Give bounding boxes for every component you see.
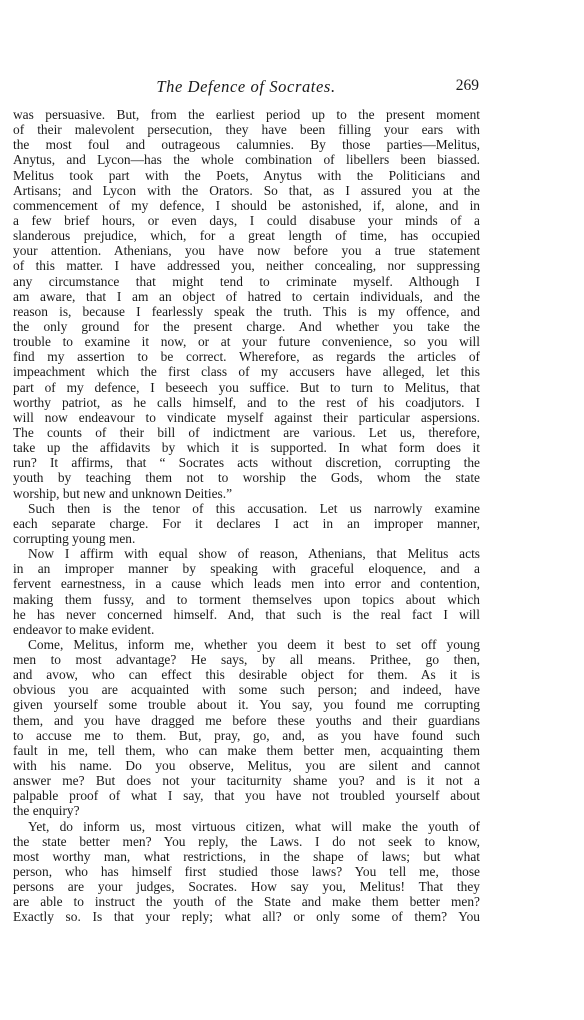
text-line: answer me? But does not your taciturnity…	[13, 773, 480, 788]
text-line: will now endeavour to vindicate myself a…	[13, 410, 480, 425]
text-line: of their malevolent persecution, they ha…	[13, 122, 480, 137]
text-line: Come, Melitus, inform me, whether you de…	[13, 637, 480, 652]
text-line: obvious you are acquainted with some suc…	[13, 682, 480, 697]
text-line: The counts of their bill of indictment a…	[13, 425, 480, 440]
text-line: fault in me, tell them, who can make the…	[13, 743, 480, 758]
text-line: reason is, because I fearlessly speak th…	[13, 304, 480, 319]
text-line: trouble to examine it now, or at your fu…	[13, 334, 480, 349]
text-line: the only ground for the present charge. …	[13, 319, 480, 334]
text-line: Artisans; and Lycon with the Orators. So…	[13, 183, 480, 198]
text-line: the most foul and outrageous calumnies. …	[13, 137, 480, 152]
text-line: impeachment which the first class of my …	[13, 364, 480, 379]
text-line: a few brief hours, or even days, I could…	[13, 213, 480, 228]
text-line: are able to instruct the youth of the St…	[13, 894, 480, 909]
text-line: was persuasive. But, from the earliest p…	[13, 107, 480, 122]
text-line: the state better men? You reply, the Law…	[13, 834, 480, 849]
text-line: men to most advantage? He says, by all m…	[13, 652, 480, 667]
book-page: The Defence of Socrates. 269 was persuas…	[0, 0, 584, 1020]
text-line: with his name. Do you observe, Melitus, …	[13, 758, 480, 773]
text-line: given yourself some trouble about it. Yo…	[13, 697, 480, 712]
text-line: worship, but new and unknown Deities.”	[13, 486, 480, 501]
text-line: endeavor to make evident.	[13, 622, 480, 637]
text-line: am aware, that I am an object of hatred …	[13, 289, 480, 304]
text-line: take up the affidavits by which it is su…	[13, 440, 480, 455]
text-line: fervent earnestness, in a cause which le…	[13, 576, 480, 591]
text-line: youth by teaching them not to worship th…	[13, 470, 480, 485]
text-line: slanderous prejudice, which, for a great…	[13, 228, 480, 243]
body-text: was persuasive. But, from the earliest p…	[13, 107, 480, 925]
running-title: The Defence of Socrates.	[13, 77, 479, 97]
text-line: Such then is the tenor of this accusatio…	[13, 501, 480, 516]
text-line: he has never concerned himself. And, tha…	[13, 607, 480, 622]
text-line: and avow, who can effect this desirable …	[13, 667, 480, 682]
text-line: Yet, do inform us, most virtuous citizen…	[13, 819, 480, 834]
text-line: Now I affirm with equal show of reason, …	[13, 546, 480, 561]
text-line: Anytus, and Lycon—has the whole combinat…	[13, 152, 480, 167]
text-line: run? It affirms, that “ Socrates acts wi…	[13, 455, 480, 470]
text-line: commencement of my defence, I should be …	[13, 198, 480, 213]
text-line: palpable proof of what I say, that you h…	[13, 788, 480, 803]
text-line: persons are your judges, Socrates. How s…	[13, 879, 480, 894]
text-line: in an improper manner by speaking with g…	[13, 561, 480, 576]
text-line: Melitus took part with the Poets, Anytus…	[13, 168, 480, 183]
text-line: most worthy man, what restrictions, in t…	[13, 849, 480, 864]
text-line: corrupting young men.	[13, 531, 480, 546]
text-line: part of my defence, I beseech you suffic…	[13, 380, 480, 395]
running-head: The Defence of Socrates. 269	[13, 77, 479, 97]
text-line: each separate charge. For it declares I …	[13, 516, 480, 531]
text-line: making them fussy, and to torment themse…	[13, 592, 480, 607]
text-line: of this matter. I have addressed you, ne…	[13, 258, 480, 273]
text-line: person, who has himself first studied th…	[13, 864, 480, 879]
page-number: 269	[456, 77, 479, 95]
text-line: Exactly so. Is that your reply; what all…	[13, 909, 480, 924]
text-line: any circumstance that might tend to crim…	[13, 274, 480, 289]
text-line: the enquiry?	[13, 803, 480, 818]
text-line: them, and you have dragged me before the…	[13, 713, 480, 728]
text-line: find my assertion to be correct. Wherefo…	[13, 349, 480, 364]
text-line: to accuse me to them. But, pray, go, and…	[13, 728, 480, 743]
text-line: worthy patriot, as he calls himself, and…	[13, 395, 480, 410]
text-line: your attention. Athenians, you have now …	[13, 243, 480, 258]
